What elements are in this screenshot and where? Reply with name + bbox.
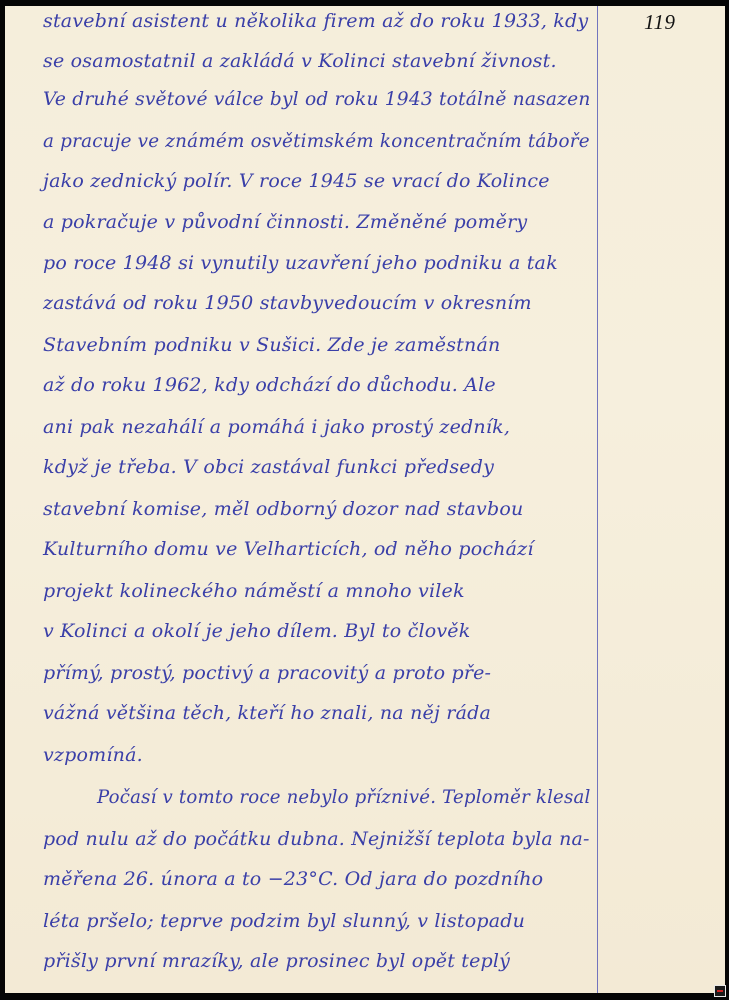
text-line: v Kolinci a okolí je jeho dílem. Byl to … xyxy=(43,620,470,642)
minimize-icon[interactable] xyxy=(714,985,726,997)
text-line: projekt kolineckého náměstí a mnoho vile… xyxy=(43,580,465,602)
text-line: vzpomíná. xyxy=(43,744,143,766)
text-line: přímý, prostý, poctivý a pracovitý a pro… xyxy=(43,662,491,684)
text-line: vážná většina těch, kteří ho znali, na n… xyxy=(43,702,491,724)
text-line: a pokračuje v původní činnosti. Změněné … xyxy=(43,211,527,233)
text-line: Ve druhé světové válce byl od roku 1943 … xyxy=(43,88,591,110)
text-line: se osamostatnil a zakládá v Kolinci stav… xyxy=(43,50,557,72)
text-line: ani pak nezahálí a pomáhá i jako prostý … xyxy=(43,416,510,438)
text-line: stavební komise, měl odborný dozor nad s… xyxy=(43,498,523,520)
text-line: měřena 26. února a to −23°C. Od jara do … xyxy=(43,868,543,890)
text-line: až do roku 1962, kdy odchází do důchodu.… xyxy=(43,374,496,396)
paragraph-start-line: Počasí v tomto roce nebylo příznivé. Tep… xyxy=(97,786,590,808)
text-line: Stavebním podniku v Sušici. Zde je zaměs… xyxy=(43,334,500,356)
text-line: jako zednický polír. V roce 1945 se vrac… xyxy=(43,170,550,192)
handwritten-page: 119 stavební asistent u několika firem a… xyxy=(5,6,725,993)
text-line: Kulturního domu ve Velharticích, od něho… xyxy=(43,538,534,560)
text-line: a pracuje ve známém osvětimském koncentr… xyxy=(43,130,590,152)
page-frame: 119 stavební asistent u několika firem a… xyxy=(0,0,729,1000)
text-line: přišly první mrazíky, ale prosinec byl o… xyxy=(43,950,510,972)
page-number: 119 xyxy=(644,10,675,35)
text-line: pod nulu až do počátku dubna. Nejnižší t… xyxy=(43,828,590,850)
text-line: léta pršelo; teprve podzim byl slunný, v… xyxy=(43,910,525,932)
text-line: zastává od roku 1950 stavbyvedoucím v ok… xyxy=(43,292,532,314)
handwritten-text-block: stavební asistent u několika firem až do… xyxy=(5,6,597,993)
margin-line xyxy=(597,6,598,993)
text-line: stavební asistent u několika firem až do… xyxy=(43,10,588,32)
text-line: po roce 1948 si vynutily uzavření jeho p… xyxy=(43,252,558,274)
text-line: když je třeba. V obci zastával funkci př… xyxy=(43,456,494,478)
